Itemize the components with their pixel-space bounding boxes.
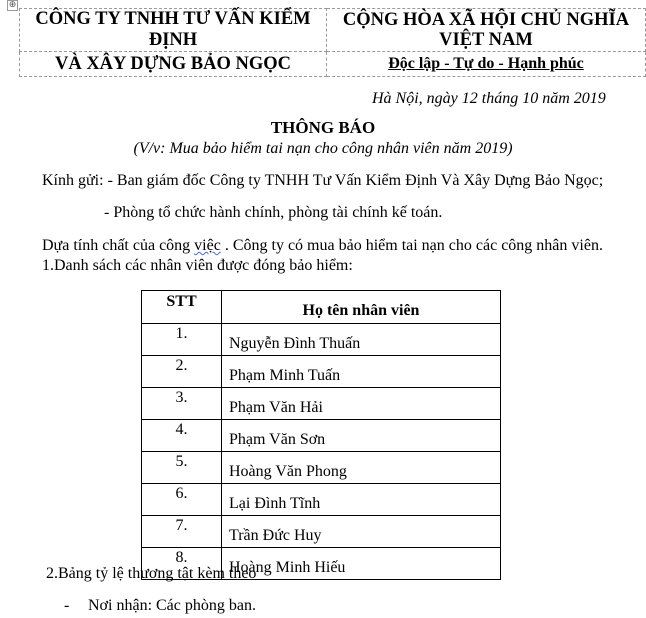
motto-cell: Độc lập - Tự do - Hạnh phúc: [327, 52, 646, 77]
list-title: 1.Danh sách các nhân viên được đóng bảo …: [42, 257, 353, 275]
employee-table: STT Họ tên nhân viên 1.Nguyễn Đình Thuấn…: [141, 290, 501, 580]
para-text-after: . Công ty có mua bảo hiểm tai nạn cho cá…: [221, 237, 603, 254]
document-subtitle: (V/v: Mua bảo hiểm tai nạn cho công nhân…: [0, 140, 646, 158]
greeting-line-1: Kính gửi: - Ban giám đốc Công ty TNHH Tư…: [42, 172, 603, 190]
table-header-row: STT Họ tên nhân viên: [142, 291, 501, 324]
column-header-name: Họ tên nhân viên: [222, 291, 501, 324]
employee-name: Hoàng Minh Hiếu: [222, 548, 501, 580]
row-number: 1.: [142, 324, 222, 356]
row-number: 5.: [142, 452, 222, 484]
table-move-handle-icon[interactable]: ⊕: [7, 0, 18, 11]
bullet-dash: -: [64, 597, 88, 615]
header-table: CÔNG TY TNHH TƯ VẤN KIỂM ĐỊNH CỘNG HÒA X…: [19, 8, 646, 77]
employee-name: Hoàng Văn Phong: [222, 452, 501, 484]
document-title: THÔNG BÁO: [0, 118, 646, 138]
spellcheck-flagged-word[interactable]: việc: [194, 237, 221, 254]
date-line: Hà Nội, ngày 12 tháng 10 năm 2019: [372, 90, 606, 108]
intro-paragraph: Dựa tính chất của công việc . Công ty có…: [42, 237, 603, 255]
table-row: 4.Phạm Văn Sơn: [142, 420, 501, 452]
row-number: 2.: [142, 356, 222, 388]
employee-name: Phạm Văn Hải: [222, 388, 501, 420]
section-2-title: 2.Bảng tỷ lệ thương tật kèm theo: [46, 565, 256, 583]
row-number: 4.: [142, 420, 222, 452]
motto: Độc lập - Tự do - Hạnh phúc: [388, 55, 584, 72]
employee-name: Lại Đình Tĩnh: [222, 484, 501, 516]
table-row: 2.Phạm Minh Tuấn: [142, 356, 501, 388]
row-number: 6.: [142, 484, 222, 516]
employee-name: Nguyễn Đình Thuấn: [222, 324, 501, 356]
recipient-line: -Nơi nhận: Các phòng ban.: [64, 597, 256, 615]
para-text-before: Dựa tính chất của công: [42, 237, 194, 254]
greeting-line-2: - Phòng tổ chức hành chính, phòng tài ch…: [104, 204, 442, 222]
table-row: 5.Hoàng Văn Phong: [142, 452, 501, 484]
table-row: 7.Trần Đức Huy: [142, 516, 501, 548]
row-number: 7.: [142, 516, 222, 548]
company-name-line2: VÀ XÂY DỰNG BẢO NGỌC: [20, 52, 327, 77]
employee-name: Phạm Minh Tuấn: [222, 356, 501, 388]
table-row: 3.Phạm Văn Hải: [142, 388, 501, 420]
row-number: 3.: [142, 388, 222, 420]
company-name-line1: CÔNG TY TNHH TƯ VẤN KIỂM ĐỊNH: [20, 9, 327, 52]
recipient-text: Nơi nhận: Các phòng ban.: [88, 597, 256, 614]
table-row: 6.Lại Đình Tĩnh: [142, 484, 501, 516]
employee-name: Trần Đức Huy: [222, 516, 501, 548]
column-header-stt: STT: [142, 291, 222, 324]
employee-name: Phạm Văn Sơn: [222, 420, 501, 452]
nation-title: CỘNG HÒA XÃ HỘI CHỦ NGHĨA VIỆT NAM: [327, 9, 646, 52]
table-row: 1.Nguyễn Đình Thuấn: [142, 324, 501, 356]
